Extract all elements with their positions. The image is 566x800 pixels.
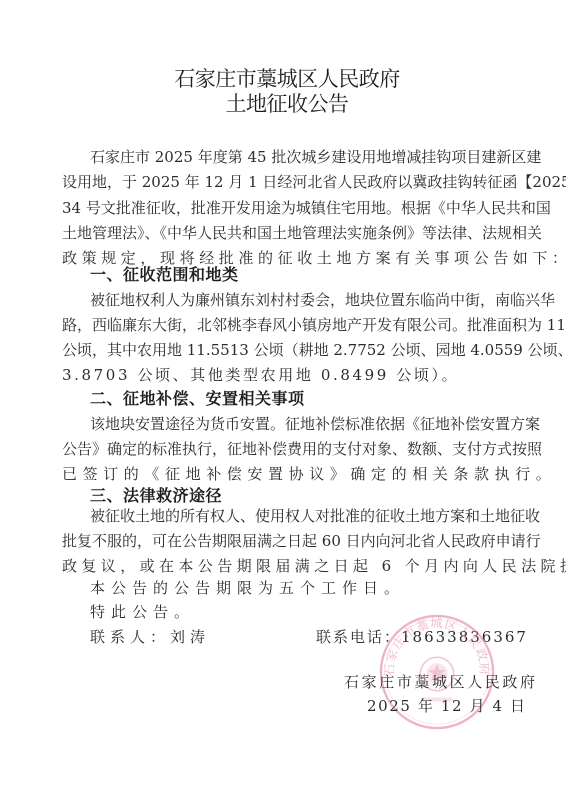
text-line: 石家庄市 2025 年度第 45 批次城乡建设用地增减挂钩项目建新区建	[90, 145, 518, 169]
document-title-issuer: 石家庄市藁城区人民政府	[0, 66, 566, 92]
text-line: 公告》确定的标准执行，征地补偿费用的支付对象、数额、支付方式按照	[62, 437, 518, 461]
section-heading: 二、征地补偿、安置相关事项	[90, 387, 305, 411]
text-line: 34 号文批准征收，批准开发用途为城镇住宅用地。根据《中华人民共和国	[62, 196, 518, 220]
text-line: 3.8703 公顷、其他类型农用地 0.8499 公顷）。	[62, 363, 518, 387]
text-line: 批复不服的，可在公告期限届满之日起 60 日内向河北省人民政府申请行	[62, 529, 518, 553]
issue-date: 2025 年 12 月 4 日	[367, 694, 527, 718]
text-line: 被征地权利人为廉州镇东刘村村委会，地块位置东临尚中街，南临兴华	[90, 288, 518, 312]
text-line: 政复议，或在本公告期限届满之日起 6 个月内向人民法院提起诉讼。	[62, 554, 518, 578]
text-line: 被征收土地的所有权人、使用权人对批准的征收土地方案和土地征收	[90, 504, 518, 528]
text-line: 路，西临廉东大街，北邻桃李春风小镇房地产开发有限公司。批准面积为 11.5513	[62, 313, 518, 337]
text-line: 该地块安置途径为货币安置。征地补偿标准依据《征地补偿安置方案	[90, 412, 518, 436]
issuing-authority: 石家庄市藁城区人民政府	[344, 670, 538, 694]
notice-period: 本公告的公告期限为五个工作日。	[90, 576, 518, 600]
closing-statement: 特此公告。	[90, 600, 518, 624]
text-line: 已签订的《征地补偿安置协议》确定的相关条款执行。	[62, 462, 518, 486]
text-line: 设用地，于 2025 年 12 月 1 日经河北省人民政府以冀政挂钩转征函【20…	[62, 170, 518, 194]
document-title: 土地征收公告	[0, 91, 566, 117]
text-line: 土地管理法》、《中华人民共和国土地管理法实施条例》等法律、法规相关	[62, 221, 518, 245]
contact-row: 联系人：刘涛 联系电话：18633836367	[90, 625, 518, 649]
contact-person: 联系人：刘涛	[90, 628, 210, 646]
contact-phone: 联系电话：18633836367	[316, 625, 528, 649]
section-heading: 一、征收范围和地类	[90, 263, 239, 287]
text-line: 公顷，其中农用地 11.5513 公顷（耕地 2.7752 公顷、园地 4.05…	[62, 338, 518, 362]
